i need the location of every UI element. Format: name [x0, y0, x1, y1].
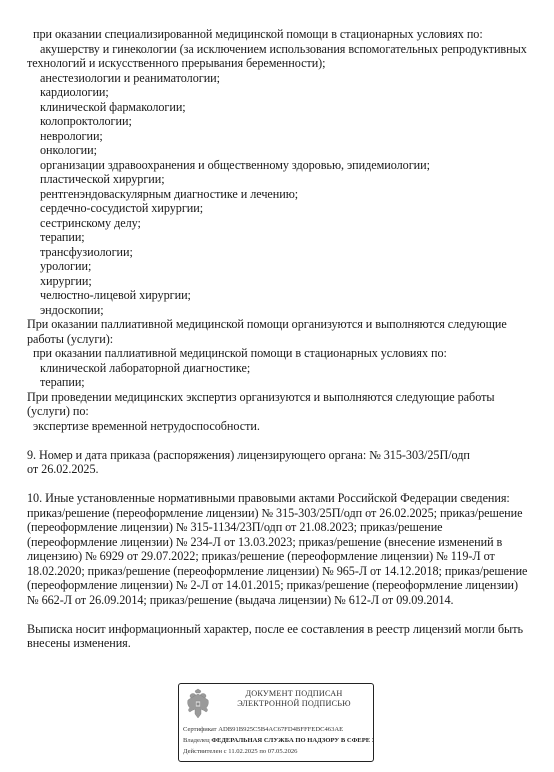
owner-value: ФЕДЕРАЛЬНАЯ СЛУЖБА ПО НАДЗОРУ В СФЕРЕ ЗД…	[211, 737, 374, 744]
document-page: при оказании специализированной медицинс…	[0, 0, 554, 772]
list-item: хирургии;	[40, 274, 92, 288]
list-item: акушерству и гинекологии (за исключением…	[40, 42, 527, 56]
list-item: клинической лабораторной диагностике;	[40, 361, 250, 375]
list-item: неврологии;	[40, 129, 103, 143]
item-10-heading: 10. Иные установленные нормативными прав…	[27, 491, 510, 505]
item-10-text: лицензию) № 6929 от 29.07.2022; приказ/р…	[27, 549, 495, 563]
russian-coat-of-arms-icon	[185, 688, 211, 720]
stamp-title-line-2: ЭЛЕКТРОННОЙ ПОДПИСЬЮ	[219, 699, 369, 709]
disclaimer-text: внесены изменения.	[27, 636, 131, 650]
owner-label: Владелец	[183, 737, 210, 744]
list-item: трансфузиологии;	[40, 245, 133, 259]
list-item: анестезиологии и реаниматологии;	[40, 71, 220, 85]
list-item: онкологии;	[40, 143, 97, 157]
list-item: экспертизе временной нетрудоспособности.	[33, 419, 260, 433]
section-heading-examinations: При проведении медицинских экспертиз орг…	[27, 390, 495, 404]
list-item: челюстно-лицевой хирургии;	[40, 288, 191, 302]
section-heading-palliative: При оказании паллиативной медицинской по…	[27, 317, 507, 331]
item-10-text: приказ/решение (переоформление лицензии)…	[27, 506, 522, 520]
list-item: организации здравоохранения и общественн…	[40, 158, 430, 172]
certificate-label: Сертификат	[183, 726, 217, 733]
item-10-text: (переоформление лицензии) № 2-Л от 14.01…	[27, 578, 518, 592]
list-item: пластической хирургии;	[40, 172, 165, 186]
certificate-value: ADB91B925C5B4AC67FD4BFFFEDC463AE	[218, 726, 343, 733]
list-item: сердечно-сосудистой хирургии;	[40, 201, 203, 215]
subsection-heading-palliative-inpatient: при оказании паллиативной медицинской по…	[33, 346, 447, 360]
electronic-signature-stamp: ДОКУМЕНТ ПОДПИСАН ЭЛЕКТРОННОЙ ПОДПИСЬЮ С…	[178, 683, 374, 762]
list-item: кардиологии;	[40, 85, 109, 99]
list-item: рентгенэндоваскулярным диагностике и леч…	[40, 187, 298, 201]
item-9-order-date: от 26.02.2025.	[27, 462, 99, 476]
disclaimer-text: Выписка носит информационный характер, п…	[27, 622, 523, 636]
section-heading-examinations-continuation: (услуги) по:	[27, 404, 89, 418]
stamp-owner: Владелец ФЕДЕРАЛЬНАЯ СЛУЖБА ПО НАДЗОРУ В…	[183, 737, 374, 745]
list-item: терапии;	[40, 375, 85, 389]
item-10-text: (переоформление лицензии) № 315-1134/23П…	[27, 520, 443, 534]
item-10-text: 18.02.2020; приказ/решение (переоформлен…	[27, 564, 527, 578]
list-item-continuation: технологий и искусственного прерывания б…	[27, 56, 326, 70]
list-item: клинической фармакологии;	[40, 100, 186, 114]
stamp-title: ДОКУМЕНТ ПОДПИСАН ЭЛЕКТРОННОЙ ПОДПИСЬЮ	[219, 689, 369, 709]
list-item: терапии;	[40, 230, 85, 244]
list-item: урологии;	[40, 259, 91, 273]
item-10-text: № 662-Л от 26.09.2014; приказ/решение (в…	[27, 593, 454, 607]
list-item: эндоскопии;	[40, 303, 104, 317]
stamp-validity: Действителен с 11.02.2025 по 07.05.2026	[183, 748, 297, 756]
stamp-title-line-1: ДОКУМЕНТ ПОДПИСАН	[219, 689, 369, 699]
item-10-text: (переоформление лицензии) № 234-Л от 13.…	[27, 535, 502, 549]
list-item: колопроктологии;	[40, 114, 132, 128]
section-heading-specialized-inpatient: при оказании специализированной медицинс…	[33, 27, 483, 41]
list-item: сестринскому делу;	[40, 216, 141, 230]
stamp-certificate: Сертификат ADB91B925C5B4AC67FD4BFFFEDC46…	[183, 726, 343, 734]
item-9-order-number: 9. Номер и дата приказа (распоряжения) л…	[27, 448, 470, 462]
section-heading-palliative-continuation: работы (услуги):	[27, 332, 113, 346]
